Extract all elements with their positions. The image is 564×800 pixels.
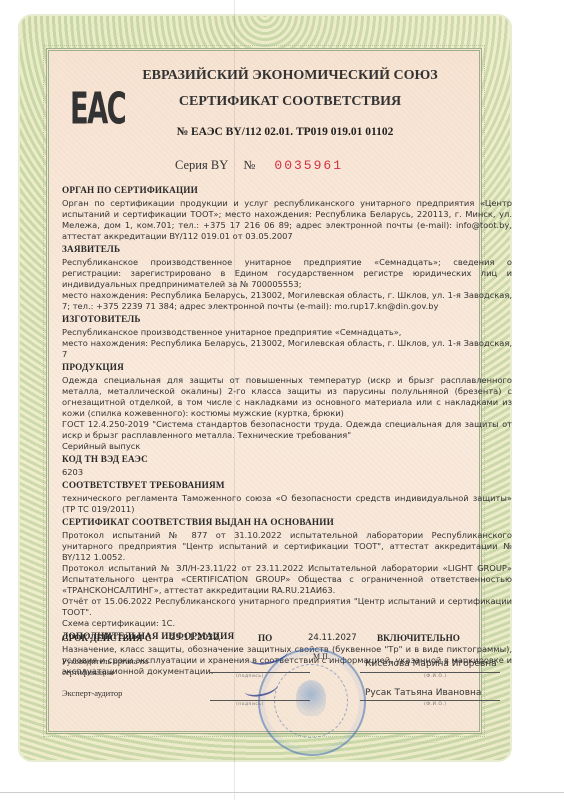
document-title: СЕРТИФИКАТ СООТВЕТСТВИЯ: [140, 94, 440, 110]
emblem-icon: [296, 680, 326, 716]
head-name-sublabel: (Ф.И.О.): [424, 674, 447, 679]
basis-scheme: Схема сертификации: 1С.: [62, 618, 512, 629]
expert-auditor-label: Эксперт-аудитор: [62, 688, 122, 699]
product-standard: ГОСТ 12.4.250-2019 "Система стандартов б…: [62, 419, 512, 441]
manufacturer-address: место нахождения: Республика Беларусь, 2…: [62, 338, 512, 360]
printer-footnote: ........................................…: [385, 740, 495, 744]
product-description: Одежда специальная для защиты от повышен…: [62, 375, 512, 419]
section-title-requirements: СООТВЕТСТВУЕТ ТРЕБОВАНИЯМ: [62, 480, 512, 491]
basis-protocol-2: Протокол испытаний № ЗЛ/Н-23.11/22 от 23…: [62, 563, 512, 596]
section-title-tn-ved: КОД ТН ВЭД ЕАЭС: [62, 454, 512, 465]
validity-to-date: 24.11.2027: [308, 633, 357, 643]
expert-name-sublabel: (Ф.И.О.): [424, 702, 447, 707]
expert-signature-sublabel: (подпись): [236, 702, 264, 707]
manufacturer-name: Республиканское производственное унитарн…: [62, 327, 512, 338]
expert-name-line: [360, 700, 500, 701]
number-sign: №: [243, 158, 255, 172]
union-title: ЕВРАЗИЙСКИЙ ЭКОНОМИЧЕСКИЙ СОЮЗ: [140, 68, 440, 84]
validity-inclusive-label: ВКЛЮЧИТЕЛЬНО: [377, 633, 460, 643]
section-title-certification-body: ОРГАН ПО СЕРТИФИКАЦИИ: [62, 185, 512, 196]
serial-number: 0035961: [274, 158, 343, 173]
basis-protocol-1: Протокол испытаний № 877 от 31.10.2022 и…: [62, 530, 512, 563]
seal-label: М.П.: [313, 652, 330, 661]
head-signature-line: [210, 672, 310, 673]
validity-from-label: СРОК ДЕЙСТВИЯ С: [62, 633, 152, 643]
section-title-manufacturer: ИЗГОТОВИТЕЛЬ: [62, 314, 512, 325]
head-name: Киселова Марина Игоревна: [365, 659, 497, 669]
head-name-line: [360, 672, 500, 673]
expert-signature-line: [210, 700, 310, 701]
section-title-applicant: ЗАЯВИТЕЛЬ: [62, 244, 512, 255]
eac-logo-icon: ЕАС: [70, 83, 125, 134]
certification-body-text: Орган по сертификации продукции и услуг …: [62, 198, 512, 242]
requirements-text: технического регламента Таможенного союз…: [62, 493, 512, 515]
head-signature-sublabel: (подпись): [236, 674, 264, 679]
section-title-product: ПРОДУКЦИЯ: [62, 362, 512, 373]
certificate-page: ЕАС ЕВРАЗИЙСКИЙ ЭКОНОМИЧЕСКИЙ СОЮЗ СЕРТИ…: [0, 0, 564, 800]
certificate-body: ОРГАН ПО СЕРТИФИКАЦИИ Орган по сертифика…: [62, 183, 512, 677]
official-seal-icon: [258, 648, 366, 756]
validity-from-date: 25.11.2022: [170, 633, 219, 643]
product-production-type: Серийный выпуск: [62, 441, 512, 452]
validity-to-label: ПО: [258, 633, 272, 643]
certificate-number: № ЕАЭС BY/112 02.01. ТР019 019.01 01102: [120, 126, 450, 138]
tn-ved-code: 6203: [62, 467, 512, 478]
section-title-basis: СЕРТИФИКАТ СООТВЕТСТВИЯ ВЫДАН НА ОСНОВАН…: [62, 517, 512, 528]
basis-report: Отчёт от 15.06.2022 Республиканского уни…: [62, 596, 512, 618]
applicant-text: Республиканское производственное унитарн…: [62, 257, 512, 290]
series-label: Серия BY: [175, 158, 228, 172]
page-edge: [0, 792, 564, 793]
head-of-body-label: Руководитель органа по сертификации: [62, 656, 152, 678]
expert-name: Русак Татьяна Ивановна: [365, 688, 481, 698]
series-line: Серия BY № 0035961: [175, 158, 343, 173]
applicant-address: место нахождения: Республика Беларусь, 2…: [62, 290, 512, 312]
